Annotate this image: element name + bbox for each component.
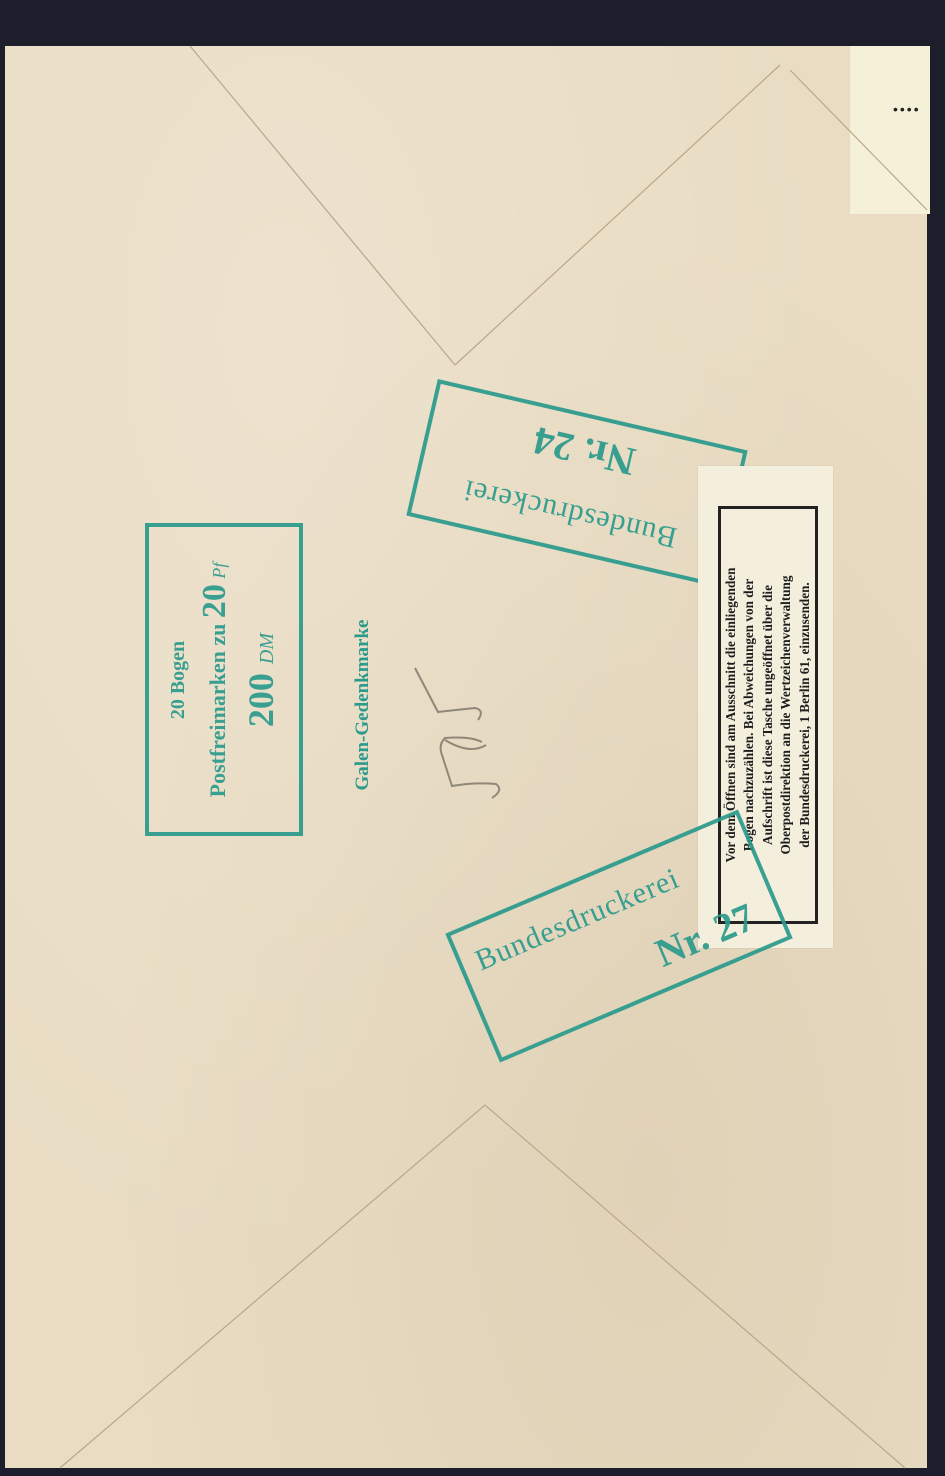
sheet-perforation-dots: •••• [893,101,921,117]
total-value-text: 200 DM [240,632,282,726]
sheet-count-text: 20 Bogen [167,640,190,718]
sheet-count-stamp: 20 Bogen Postfreimarken zu 20 Pf 200 DM [145,523,303,836]
inserted-sheet-edge [850,46,935,214]
pencil-annotation [400,660,520,820]
stamp-denomination-text: Postfreimarken zu 20 Pf [196,562,234,797]
issue-name-label: Galen-Gedenkmarke [343,560,383,850]
